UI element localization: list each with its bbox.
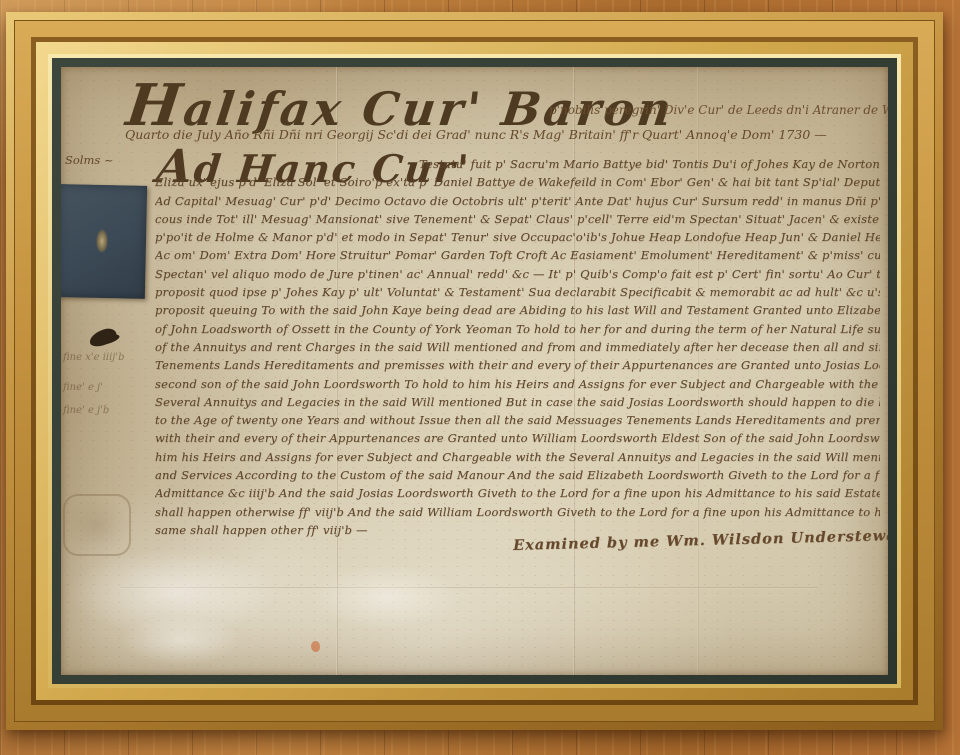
glass-glare [311,565,461,629]
glass-glare [121,615,241,665]
parchment-document: Halifax Cur' Baron p'nobilis peregrin' D… [61,67,888,675]
manuscript-line: with their and every of their Appurtenan… [155,429,880,447]
manuscript-line: him his Heirs and Assigns for ever Subje… [155,448,880,466]
manuscript-line: Testatu' fuit p' Sacru'm Mario Battye bi… [155,155,880,173]
manuscript-line: of John Loadsworth of Ossett in the Coun… [155,320,880,338]
manuscript-line: Tenements Lands Hereditaments and premis… [155,356,880,374]
frame-inner-slope: Halifax Cur' Baron p'nobilis peregrin' D… [36,42,913,700]
frame-outer-band: Halifax Cur' Baron p'nobilis peregrin' D… [14,20,935,722]
glass-glare [67,549,277,635]
manuscript-line: of the Annuitys and rent Charges in the … [155,338,880,356]
embossed-duty-seal [63,494,131,556]
margin-fine-note: fine x'e iiij'b [63,352,125,363]
manuscript-line: second son of the said John Loordsworth … [155,375,880,393]
manuscript-line: Ad Capital' Mesuag' Cur' p'd' Decimo Oct… [155,192,880,210]
manuscript-line: Ac om' Dom' Extra Dom' Hore Struitur' Po… [155,246,880,264]
manuscript-line: cous inde Tot' ill' Mesuag' Mansionat' s… [155,210,880,228]
patch-speck [96,229,108,253]
red-wax-spot [311,641,320,652]
dark-repair-patch [61,184,147,299]
manuscript-line: proposit quod ipse p' Johes Kay p' ult' … [155,283,880,301]
manuscript-line: Eliza ux' ejus p'd' Eliza Sol' et Soiro'… [155,173,880,191]
margin-fine-note: fine' e j'b [63,405,109,416]
frame-dark-liner: Halifax Cur' Baron p'nobilis peregrin' D… [52,58,897,684]
gilt-picture-frame: Halifax Cur' Baron p'nobilis peregrin' D… [6,12,943,730]
manuscript-line: proposit queuing To with the said John K… [155,301,880,319]
manuscript-line: Spectan' vel aliquo modo de Jure p'tinen… [155,265,880,283]
ink-blot [87,326,118,349]
manuscript-line: Several Annuitys and Legacies in the sai… [155,393,880,411]
manuscript-line: to the Age of twenty one Years and witho… [155,411,880,429]
court-title-continuation: p'nobilis peregrin' Div'e Cur' de Leeds … [549,103,888,117]
manuscript-line: shall happen otherwise ff' viij'b And th… [155,503,880,521]
photo-of-framed-document: { "photo": { "wood_wall_color": "#b5773a… [0,0,960,755]
frame-groove: Halifax Cur' Baron p'nobilis peregrin' D… [31,37,918,705]
margin-fine-note: fine' e j' [63,382,103,393]
manuscript-line: Admittance &c iiij'b And the said Josias… [155,484,880,502]
horizontal-crease [121,587,818,589]
manuscript-line: and Services According to the Custom of … [155,466,880,484]
manuscript-body-text: Testatu' fuit p' Sacru'm Mario Battye bi… [155,155,880,539]
frame-gold-fillet: Halifax Cur' Baron p'nobilis peregrin' D… [48,54,901,688]
margin-note-solms: Solms ~ [65,153,114,167]
manuscript-line: p'po'it de Holme & Manor p'd' et modo in… [155,228,880,246]
